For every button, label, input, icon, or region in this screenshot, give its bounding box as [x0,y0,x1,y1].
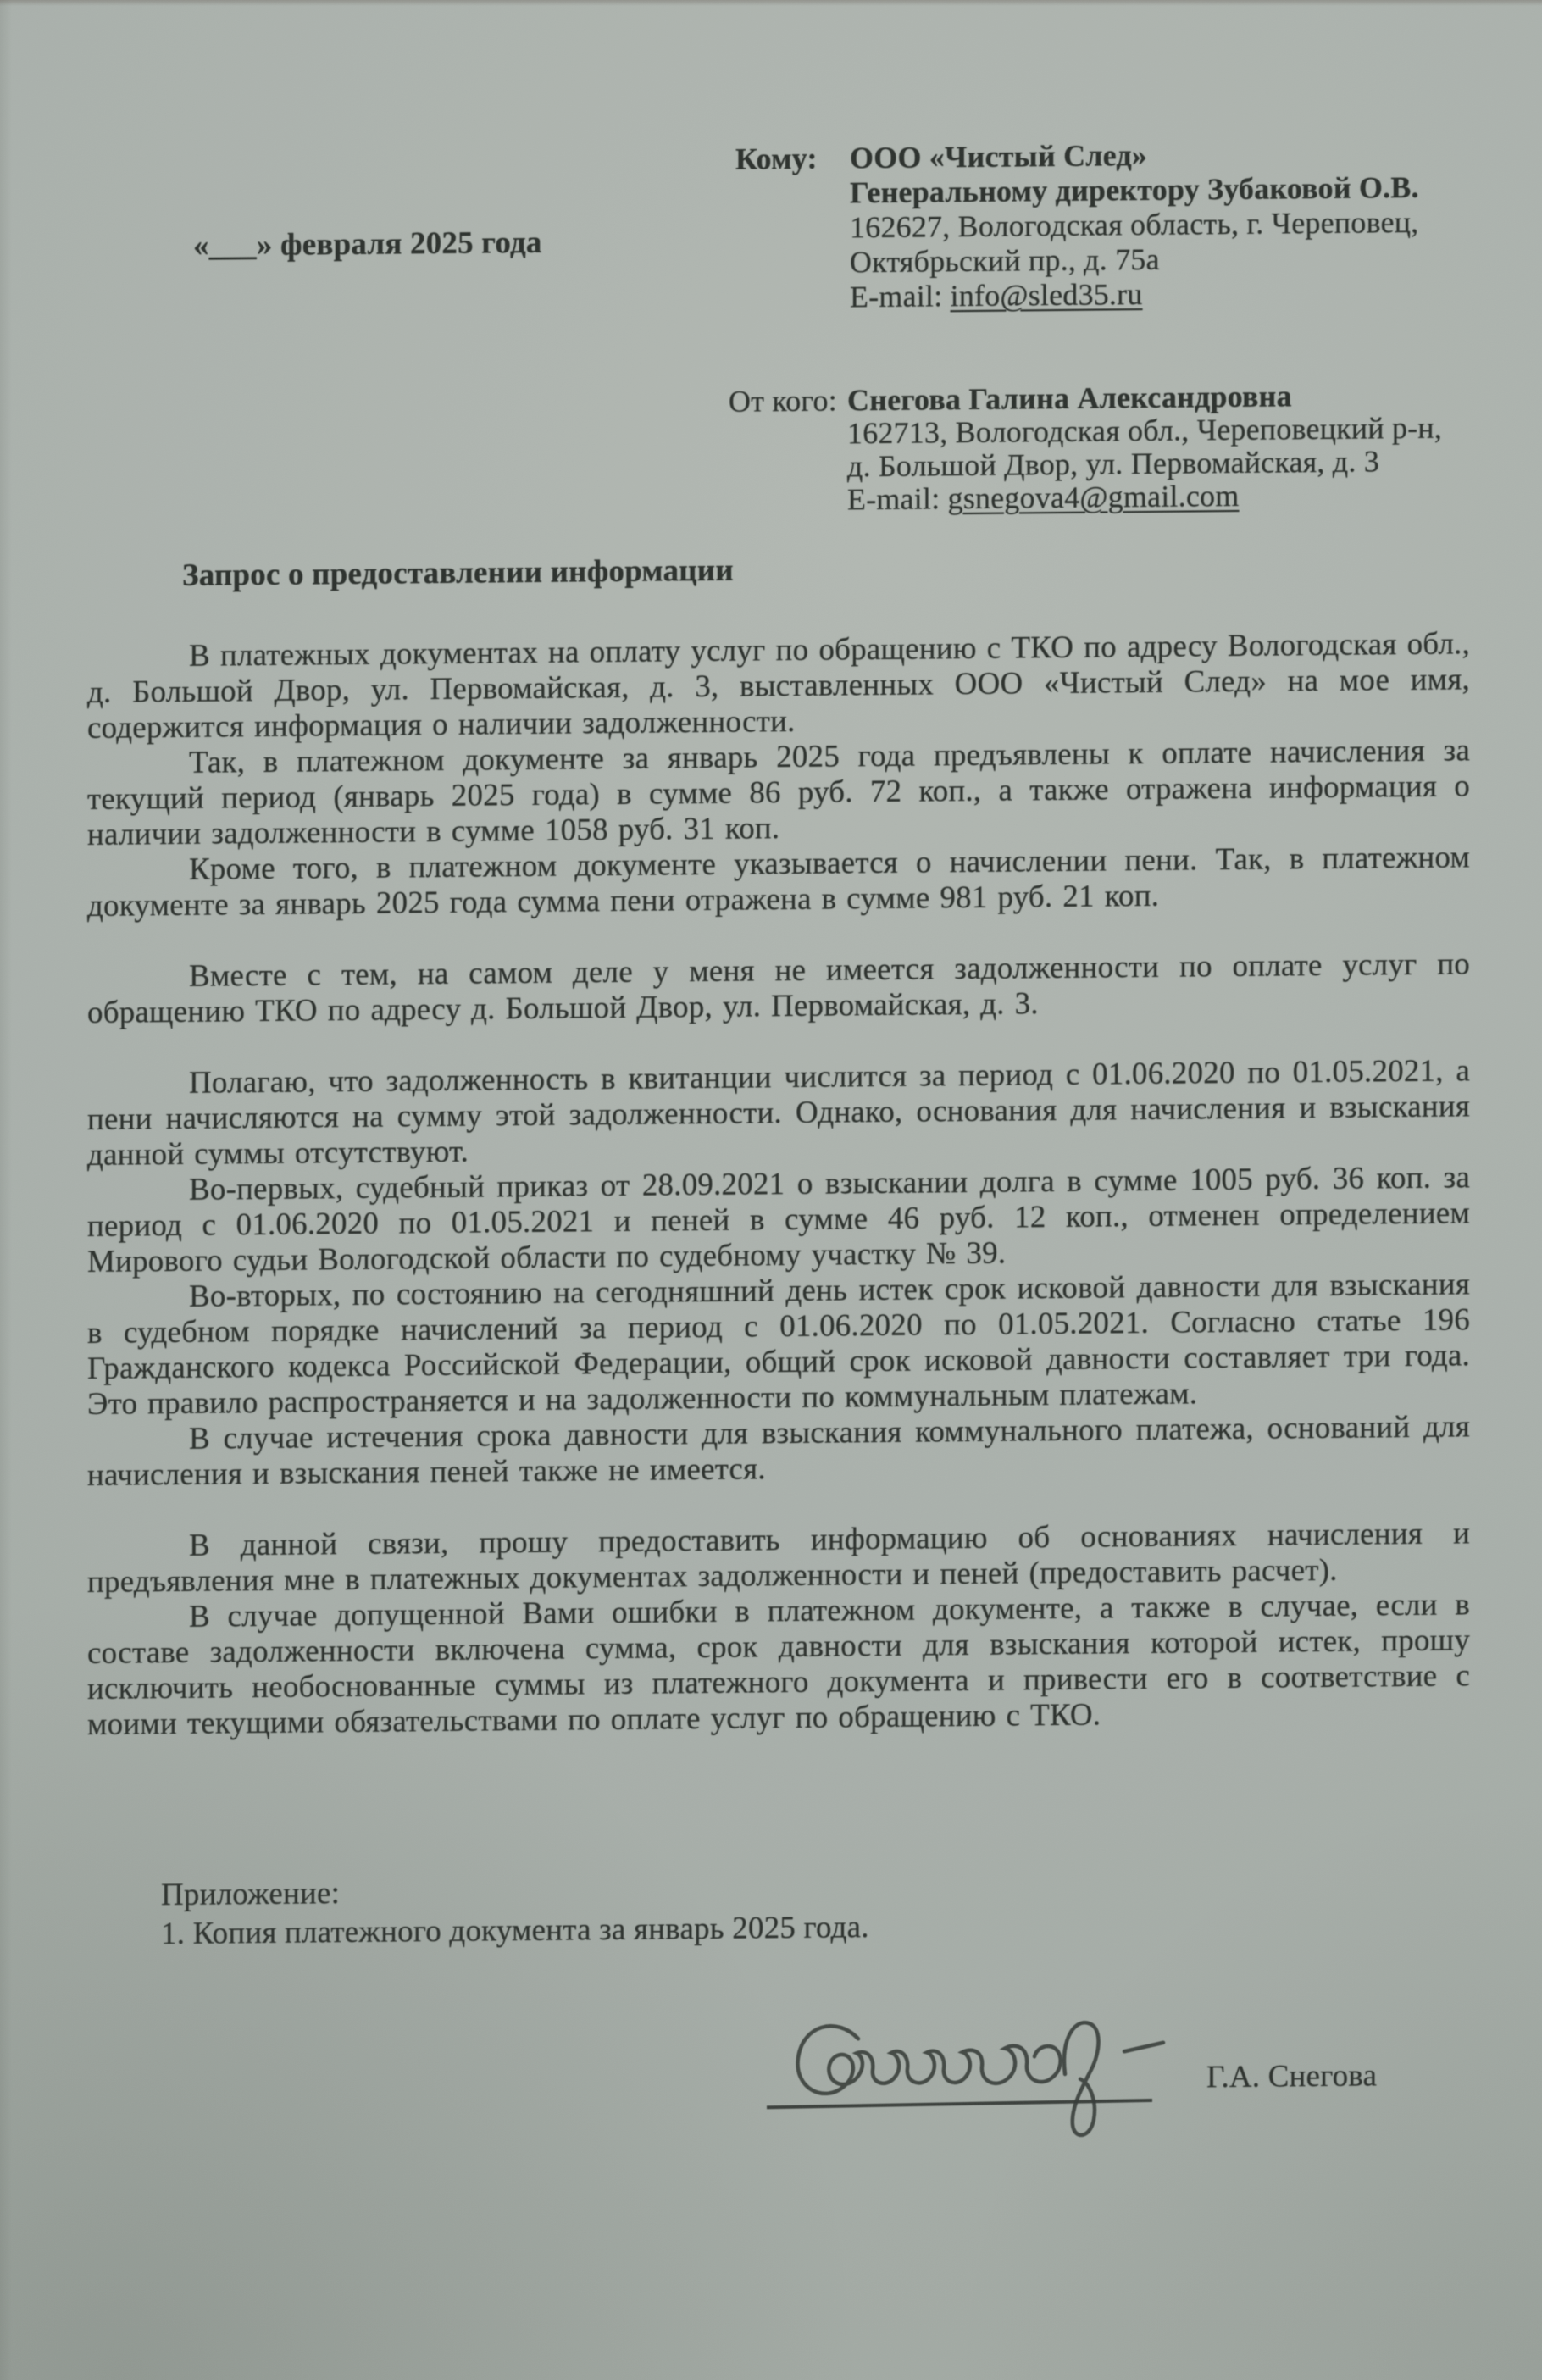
letter-content: «___» февраля 2025 года Кому: ООО «Чисты… [0,0,1542,2380]
paragraph-2: Так, в платежном документе за январь 202… [87,733,1470,853]
recipient-company: ООО «Чистый След» [850,135,1494,175]
recipient-label: Кому: [735,141,850,315]
recipient-email-label: E-mail: [850,279,942,313]
letter-body: В платежных документах на оплату услуг п… [87,626,1470,1743]
attachment-block: Приложение: 1. Копия платежного документ… [87,1863,1470,1955]
paragraph-8: В случае истечения срока давности для вз… [87,1409,1470,1494]
recipient-address-line1: 162627, Вологодская область, г. Черепове… [850,204,1494,245]
paragraph-6: Во-первых, судебный приказ от 28.09.2021… [87,1160,1470,1280]
letter-title: Запрос о предоставлении информации [182,552,734,594]
recipient-director: Генеральному директору Зубаковой О.В. [850,169,1494,210]
sender-block: От кого: Снегова Галина Александровна 16… [729,378,1491,518]
paragraph-3: Кроме того, в платежном документе указыв… [87,840,1470,924]
signature-name: Г.А. Снегова [1206,2057,1377,2095]
recipient-info: ООО «Чистый След» Генеральному директору… [850,135,1494,314]
sender-email-label: E-mail: [847,481,940,516]
recipient-email-line: E-mail: info@sled35.ru [850,274,1494,314]
sender-label: От кого: [729,384,847,517]
sender-email-line: E-mail: gsnegova4@gmail.com [847,477,1491,516]
sender-email: gsnegova4@gmail.com [948,479,1240,515]
letter-page: «___» февраля 2025 года Кому: ООО «Чисты… [0,0,1542,2380]
recipient-email: info@sled35.ru [951,277,1143,313]
paragraph-5: Полагаю, что задолженность в квитанции ч… [87,1053,1470,1173]
sender-info: Снегова Галина Александровна 162713, Вол… [847,378,1491,516]
paragraph-9: В данной связи, прошу предоставить инфор… [87,1516,1470,1601]
handwritten-signature [758,1994,1199,2160]
paragraph-7: Во-вторых, по состоянию на сегодняшний д… [87,1267,1470,1423]
signature-line [767,2099,1152,2109]
recipient-address-line2: Октябрьский пр., д. 75а [850,239,1494,280]
paragraph-4: Вместе с тем, на самом деле у меня не им… [87,946,1470,1031]
recipient-block: Кому: ООО «Чистый След» Генеральному дир… [735,135,1494,316]
date-line: «___» февраля 2025 года [193,225,542,264]
sender-address-line1: 162713, Вологодская обл., Череповецкий р… [847,411,1491,450]
paragraph-1: В платежных документах на оплату услуг п… [87,626,1470,746]
paragraph-10: В случае допущенной Вами ошибки в платеж… [87,1587,1470,1743]
